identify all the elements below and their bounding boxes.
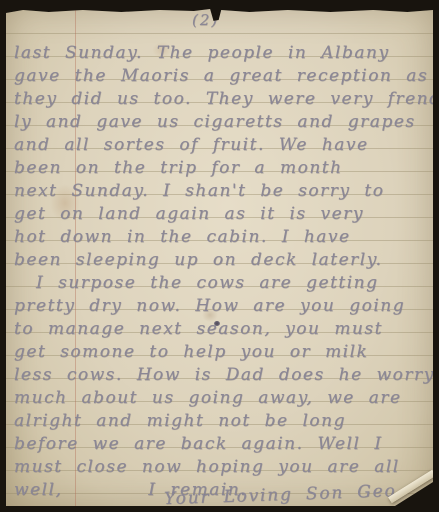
- letter-body: last Sunday. The people in Albany gave t…: [14, 42, 431, 502]
- letter-line: hot down in the cabin. I have: [14, 226, 431, 249]
- letter-line: I surpose the cows are getting: [14, 272, 431, 295]
- letter-line: been sleeping up on deck laterly.: [14, 249, 431, 272]
- ink-blot: [214, 321, 220, 326]
- letter-page: (2) last Sunday. The people in Albany ga…: [6, 8, 433, 506]
- letter-line: get somone to help you or milk: [14, 341, 431, 364]
- letter-line: alright and might not be long: [14, 410, 431, 433]
- letter-line: and all sortes of fruit. We have: [14, 134, 431, 157]
- letter-line: before we are back again. Well I: [14, 433, 431, 456]
- letter-line: they did us too. They were very frend-: [14, 88, 431, 111]
- letter-line: been on the trip for a month: [14, 157, 431, 180]
- letter-line: get on land again as it is very: [14, 203, 431, 226]
- closing-word: well,: [14, 480, 62, 500]
- letter-line: gave the Maoris a great reception as: [14, 65, 431, 88]
- letter-line: ly and gave us cigaretts and grapes: [14, 111, 431, 134]
- letter-line: to manage next season, you must: [14, 318, 431, 341]
- page-number: (2): [192, 11, 219, 29]
- scan-background: (2) last Sunday. The people in Albany ga…: [0, 0, 439, 512]
- letter-line: next Sunday. I shan't be sorry to: [14, 180, 431, 203]
- letter-line: last Sunday. The people in Albany: [14, 42, 431, 65]
- letter-line: less cows. How is Dad does he worry: [14, 364, 431, 387]
- letter-line: much about us going away, we are: [14, 387, 431, 410]
- letter-line: pretty dry now. How are you going: [14, 295, 431, 318]
- letter-line: must close now hoping you are all: [14, 456, 431, 479]
